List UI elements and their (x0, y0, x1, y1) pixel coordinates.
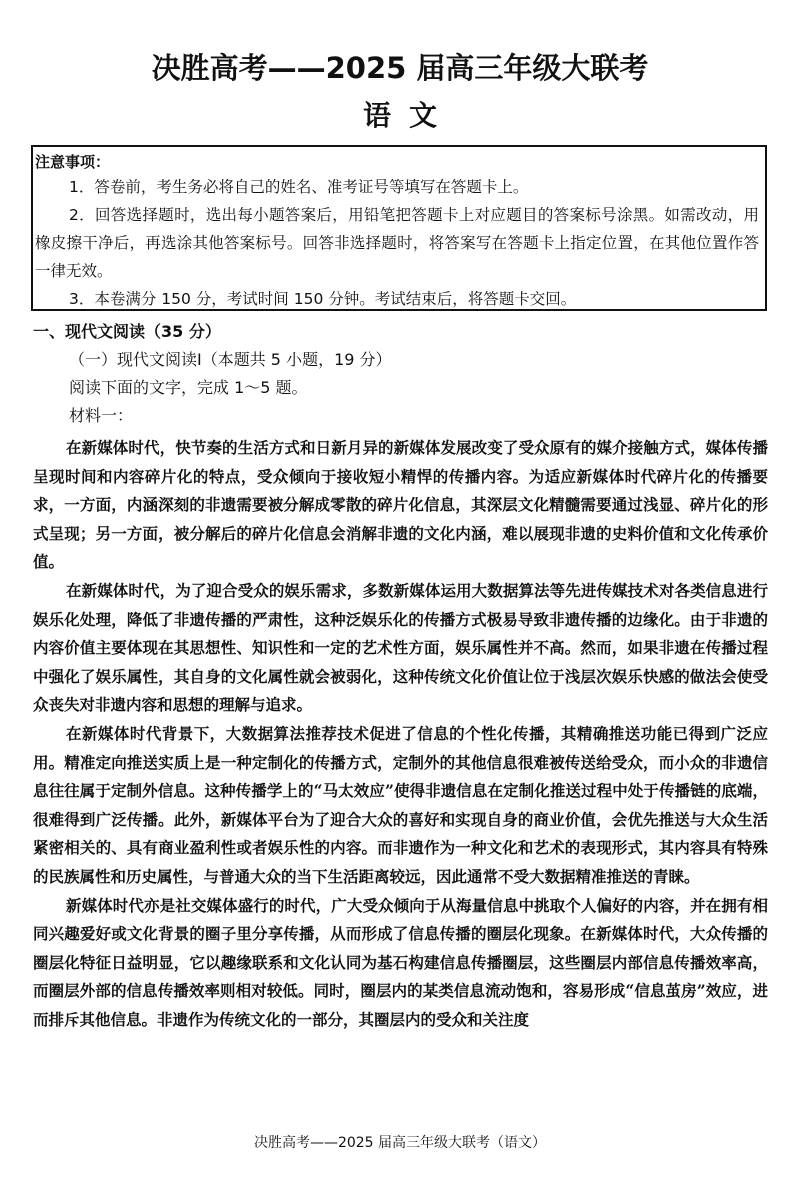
notice-box: 注意事项： 1．答卷前，考生务必将自己的姓名、准考证号等填写在答题卡上。 2．回… (31, 145, 767, 311)
material-label: 材料一： (33, 402, 768, 430)
exam-title: 决胜高考——2025 届高三年级大联考 (0, 50, 800, 86)
page-footer: 决胜高考——2025 届高三年级大联考（语文） (0, 1133, 800, 1153)
passage-paragraph-3: 在新媒体时代背景下，大数据算法推荐技术促进了信息的个性化传播，其精确推送功能已得… (33, 720, 768, 892)
passage-paragraph-2: 在新媒体时代，为了迎合受众的娱乐需求，多数新媒体运用大数据算法等先进传媒技术对各… (33, 577, 768, 720)
section-subheading: （一）现代文阅读Ⅰ（本题共 5 小题，19 分） (33, 346, 768, 374)
notice-item-2: 2．回答选择题时，选出每小题答案后，用铅笔把答题卡上对应题目的答案标号涂黑。如需… (35, 201, 759, 285)
passage: 在新媒体时代，快节奏的生活方式和日新月异的新媒体发展改变了受众原有的媒介接触方式… (33, 434, 768, 1034)
notice-heading: 注意事项： (35, 151, 759, 173)
section-heading: 一、现代文阅读（35 分） (33, 318, 768, 346)
notice-item-1: 1．答卷前，考生务必将自己的姓名、准考证号等填写在答题卡上。 (35, 173, 759, 201)
passage-paragraph-4: 新媒体时代亦是社交媒体盛行的时代，广大受众倾向于从海量信息中挑取个人偏好的内容，… (33, 892, 768, 1035)
reading-instruction: 阅读下面的文字，完成 1～5 题。 (33, 374, 768, 402)
exam-subject: 语文 (0, 98, 800, 134)
passage-paragraph-1: 在新媒体时代，快节奏的生活方式和日新月异的新媒体发展改变了受众原有的媒介接触方式… (33, 434, 768, 577)
section-block: 一、现代文阅读（35 分） （一）现代文阅读Ⅰ（本题共 5 小题，19 分） 阅… (33, 318, 768, 430)
notice-item-3: 3．本卷满分 150 分，考试时间 150 分钟。考试结束后，将答题卡交回。 (35, 285, 759, 313)
